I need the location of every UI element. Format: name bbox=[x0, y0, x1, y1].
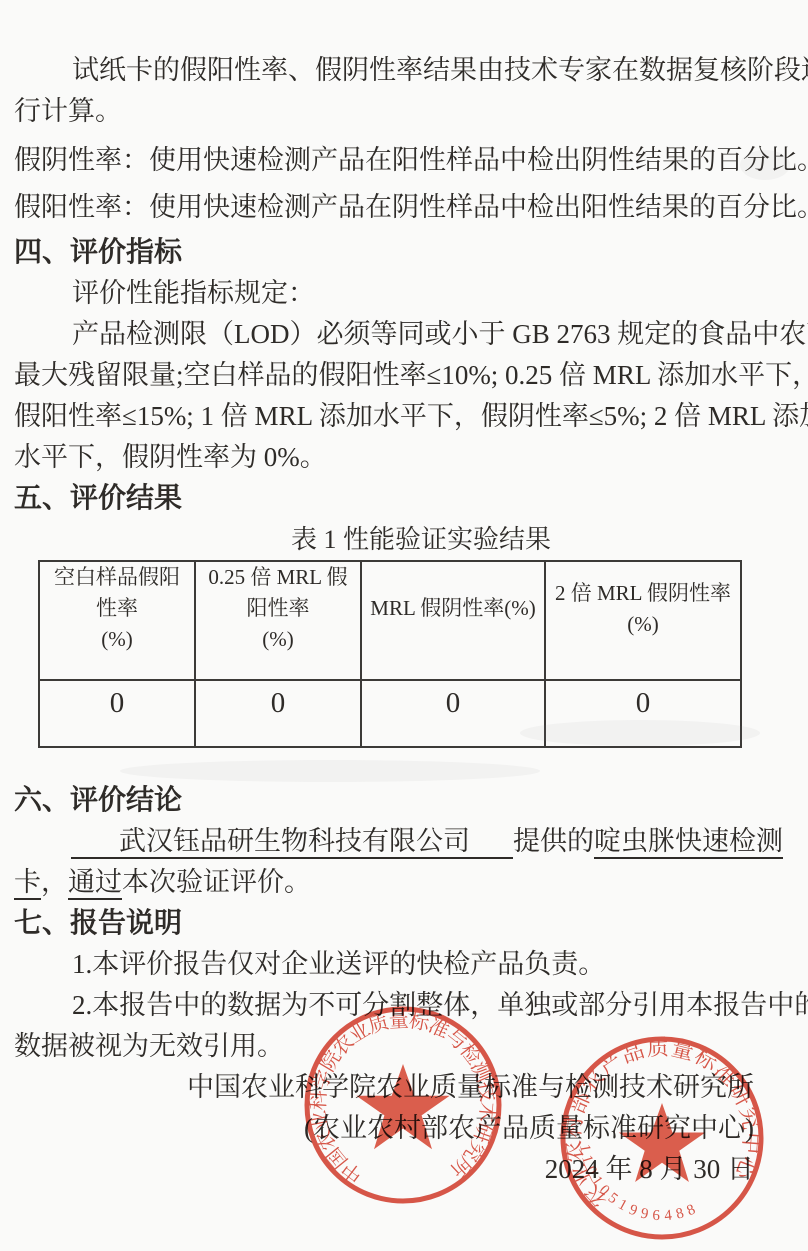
product-name-part1: 啶虫脒快速检测 bbox=[594, 826, 783, 859]
column-header-unit: (%) bbox=[44, 624, 190, 655]
column-header-double-mrl-fn: 2 倍 MRL 假阴性率(%) bbox=[545, 561, 741, 680]
section4-intro: 评价性能指标规定： bbox=[14, 273, 754, 314]
section4-line-3: 假阳性率≤15%; 1 倍 MRL 添加水平下，假阴性率≤5%; 2 倍 MRL… bbox=[14, 396, 754, 437]
definition-false-positive: 假阳性率：使用快速检测产品在阴性样品中检出阳性结果的百分比。 bbox=[14, 187, 754, 228]
conclusion-tail: 本次验证评价。 bbox=[122, 867, 311, 897]
column-header-text: 0.25 倍 MRL 假阳性率 bbox=[208, 565, 347, 620]
value-double-mrl-fn: 0 bbox=[545, 680, 741, 747]
conclusion-connector: 提供的 bbox=[513, 826, 594, 856]
pass-word: 通过 bbox=[68, 867, 122, 900]
official-seal-left: 中国农业科学院农业质量标准与检测技术研究所 bbox=[298, 1000, 508, 1210]
company-name: 武汉钰品研生物科技有限公司 bbox=[71, 826, 513, 859]
results-table-value-row: 0 0 0 0 bbox=[39, 680, 741, 747]
section4-line-2: 最大残留限量;空白样品的假阳性率≤10%; 0.25 倍 MRL 添加水平下， bbox=[14, 355, 754, 396]
table-caption: 表 1 性能验证实验结果 bbox=[14, 519, 754, 560]
section6-heading: 六、评价结论 bbox=[14, 780, 754, 821]
section4-heading: 四、评价指标 bbox=[14, 232, 754, 273]
definition-false-negative: 假阴性率：使用快速检测产品在阳性样品中检出阴性结果的百分比。 bbox=[14, 140, 754, 181]
column-header-mrl-fn: MRL 假阴性率(%) bbox=[361, 561, 545, 680]
intro-paragraph-line-1: 试纸卡的假阳性率、假阴性率结果由技术专家在数据复核阶段进 bbox=[14, 50, 754, 91]
value-mrl-fn: 0 bbox=[361, 680, 545, 747]
column-header-unit: (%) bbox=[200, 624, 356, 655]
column-header-quarter-mrl-fp: 0.25 倍 MRL 假阳性率 (%) bbox=[195, 561, 361, 680]
product-name-part2: 卡 bbox=[14, 867, 41, 900]
scanned-report-page: 试纸卡的假阳性率、假阴性率结果由技术专家在数据复核阶段进 行计算。 假阴性率：使… bbox=[0, 0, 808, 1251]
section4-line-1: 产品检测限（LOD）必须等同或小于 GB 2763 规定的食品中农药 bbox=[14, 314, 754, 355]
conclusion-line-2: 卡，通过本次验证评价。 bbox=[14, 862, 754, 903]
column-header-text: MRL 假阴性率(%) bbox=[370, 596, 535, 620]
seal-star-icon bbox=[619, 1103, 706, 1182]
results-table: 空白样品假阳性率 (%) 0.25 倍 MRL 假阳性率 (%) MRL 假阴性… bbox=[38, 560, 742, 748]
column-header-blank-fp: 空白样品假阳性率 (%) bbox=[39, 561, 195, 680]
results-table-header-row: 空白样品假阳性率 (%) 0.25 倍 MRL 假阳性率 (%) MRL 假阴性… bbox=[39, 561, 741, 680]
intro-paragraph-line-2: 行计算。 bbox=[14, 91, 754, 132]
section7-heading: 七、报告说明 bbox=[14, 903, 754, 944]
column-header-text: 2 倍 MRL 假阴性率(%) bbox=[555, 581, 731, 636]
section4-line-4: 水平下，假阴性率为 0%。 bbox=[14, 437, 754, 478]
value-quarter-mrl-fp: 0 bbox=[195, 680, 361, 747]
column-header-text: 空白样品假阳性率 bbox=[54, 565, 180, 620]
seal-star-icon bbox=[356, 1064, 449, 1149]
conclusion-line-1: 武汉钰品研生物科技有限公司提供的啶虫脒快速检测 bbox=[14, 821, 754, 862]
report-note-1: 1.本评价报告仅对企业送评的快检产品负责。 bbox=[14, 944, 754, 985]
conclusion-comma: ， bbox=[41, 867, 68, 897]
value-blank-fp: 0 bbox=[39, 680, 195, 747]
section5-heading: 五、评价结果 bbox=[14, 478, 754, 519]
official-seal-right: 农业农村部农产品质量标准研究中心 1101051996488 bbox=[556, 1032, 768, 1244]
